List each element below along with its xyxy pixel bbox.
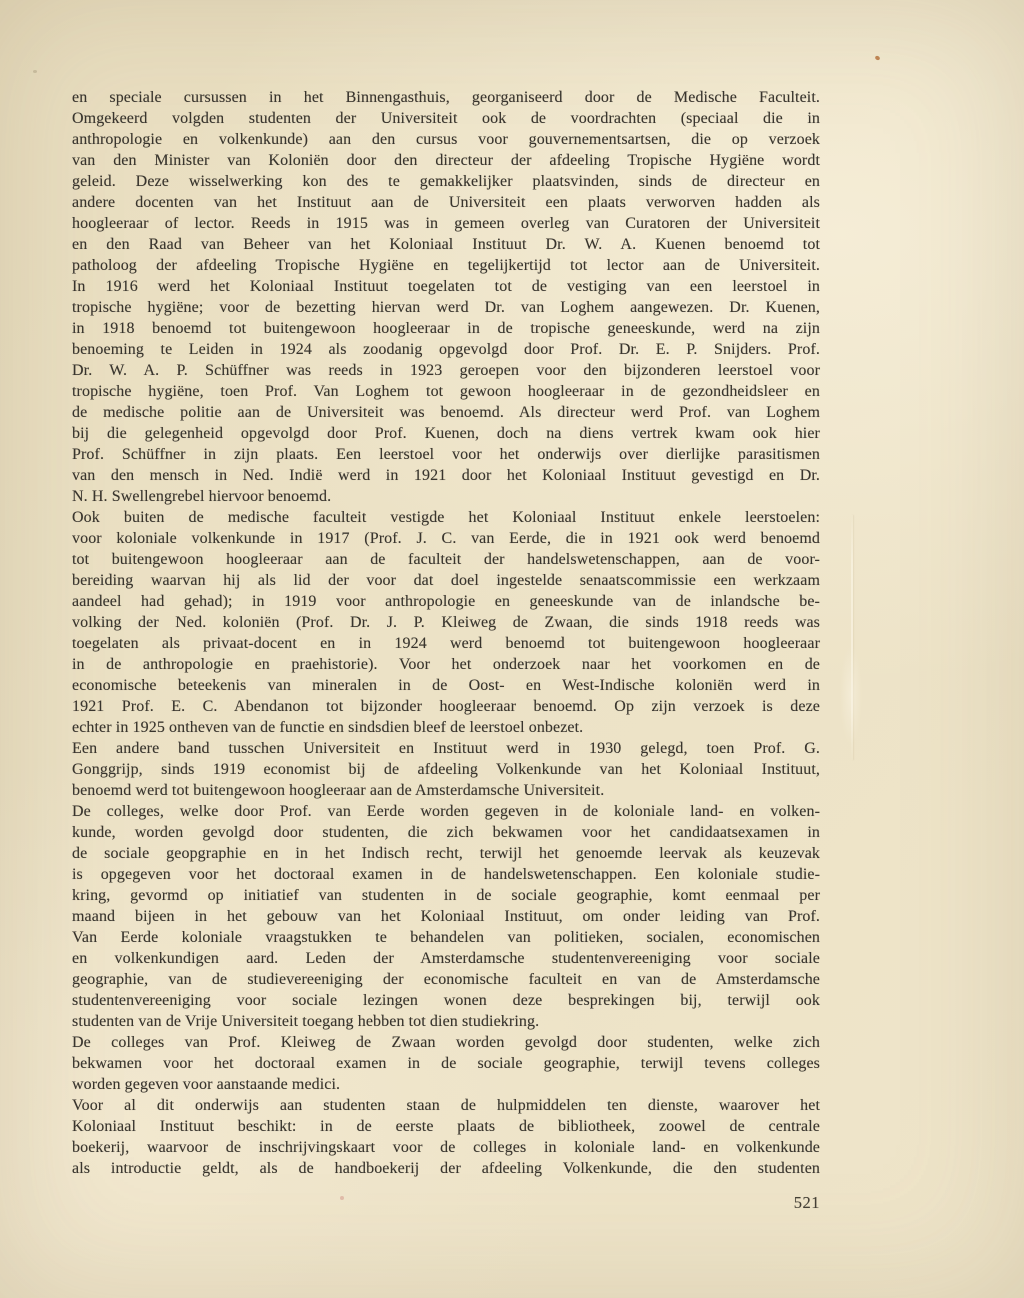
text-line: benoemd werd tot buitengewoon hoogleeraa… [72, 780, 820, 801]
text-line: als introductie geldt, als de handboeker… [72, 1158, 820, 1179]
text-line: Ook buiten de medische faculteit vestigd… [72, 507, 820, 528]
text-line: van den Minister van Koloniën door den d… [72, 150, 820, 171]
body-text: en speciale cursussen in het Binnengasth… [72, 87, 820, 1179]
text-line: en den Raad van Beheer van het Koloniaal… [72, 234, 820, 255]
text-line: de medische politie aan de Universiteit … [72, 402, 820, 423]
text-line: van den mensch in Ned. Indië werd in 192… [72, 465, 820, 486]
text-line: echter in 1925 ontheven van de functie e… [72, 717, 820, 738]
text-line: Dr. W. A. P. Schüffner was reeds in 1923… [72, 360, 820, 381]
text-line: tot buitengewoon hoogleeraar aan de facu… [72, 549, 820, 570]
text-line: in 1918 benoemd tot buitengewoon hooglee… [72, 318, 820, 339]
text-line: maand bijeen in het gebouw van het Kolon… [72, 906, 820, 927]
text-line: geleid. Deze wisselwerking kon des te ge… [72, 171, 820, 192]
paper-speck [874, 55, 880, 61]
text-line: aandeel had gehad); in 1919 voor anthrop… [72, 591, 820, 612]
text-line: in de anthropologie en praehistorie). Vo… [72, 654, 820, 675]
text-line: In 1916 werd het Koloniaal Instituut toe… [72, 276, 820, 297]
text-line: bereiding waarvan hij als lid der voor d… [72, 570, 820, 591]
text-line: studenten van de Vrije Universiteit toeg… [72, 1011, 820, 1032]
text-line: 1921 Prof. E. C. Abendanon tot bijzonder… [72, 696, 820, 717]
text-line: volking der Ned. koloniën (Prof. Dr. J. … [72, 612, 820, 633]
text-line: anthropologie en volkenkunde) aan den cu… [72, 129, 820, 150]
text-line: toegelaten als privaat-docent en in 1924… [72, 633, 820, 654]
text-line: N. H. Swellengrebel hiervoor benoemd. [72, 486, 820, 507]
text-line: patholoog der afdeeling Tropische Hygiën… [72, 255, 820, 276]
text-line: en volkenkundigen aard. Leden der Amster… [72, 948, 820, 969]
text-line: hoogleeraar of lector. Reeds in 1915 was… [72, 213, 820, 234]
text-line: bij die gelegenheid opgevolgd door Prof.… [72, 423, 820, 444]
text-line: benoeming te Leiden in 1924 als zoodanig… [72, 339, 820, 360]
paper-crease [840, 645, 862, 745]
book-page: en speciale cursussen in het Binnengasth… [0, 0, 1024, 1298]
text-line: tropische hygiëne, toen Prof. Van Loghem… [72, 381, 820, 402]
text-line: bekwamen voor het doctoraal examen in de… [72, 1053, 820, 1074]
page-number: 521 [72, 1192, 820, 1214]
text-line: de sociale geopgraphie en in het Indisch… [72, 843, 820, 864]
text-line: voor koloniale volkenkunde in 1917 (Prof… [72, 528, 820, 549]
text-line: en speciale cursussen in het Binnengasth… [72, 87, 820, 108]
paper-speck [33, 70, 37, 73]
text-line: kring, gevormd op initiatief van student… [72, 885, 820, 906]
text-line: Omgekeerd volgden studenten der Universi… [72, 108, 820, 129]
text-line: kunde, worden gevolgd door studenten, di… [72, 822, 820, 843]
text-line: Prof. Schüffner in zijn plaats. Een leer… [72, 444, 820, 465]
text-line: Koloniaal Instituut beschikt: in de eers… [72, 1116, 820, 1137]
text-line: economische beteekenis van mineralen in … [72, 675, 820, 696]
text-line: geographie, van de studievereeniging der… [72, 969, 820, 990]
text-line: De colleges, welke door Prof. van Eerde … [72, 801, 820, 822]
text-line: studentenvereeniging voor sociale lezing… [72, 990, 820, 1011]
text-line: worden gegeven voor aanstaande medici. [72, 1074, 820, 1095]
paper-speck [340, 1196, 344, 1200]
text-line: Gonggrijp, sinds 1919 economist bij de a… [72, 759, 820, 780]
text-line: Voor al dit onderwijs aan studenten staa… [72, 1095, 820, 1116]
text-line: andere docenten van het Instituut aan de… [72, 192, 820, 213]
text-line: Van Eerde koloniale vraagstukken te beha… [72, 927, 820, 948]
text-line: is opgegeven voor het doctoraal examen i… [72, 864, 820, 885]
text-line: tropische hygiëne; voor de bezetting hie… [72, 297, 820, 318]
text-line: De colleges van Prof. Kleiweg de Zwaan w… [72, 1032, 820, 1053]
text-line: Een andere band tusschen Universiteit en… [72, 738, 820, 759]
text-line: boekerij, waarvoor de inschrijvingskaart… [72, 1137, 820, 1158]
